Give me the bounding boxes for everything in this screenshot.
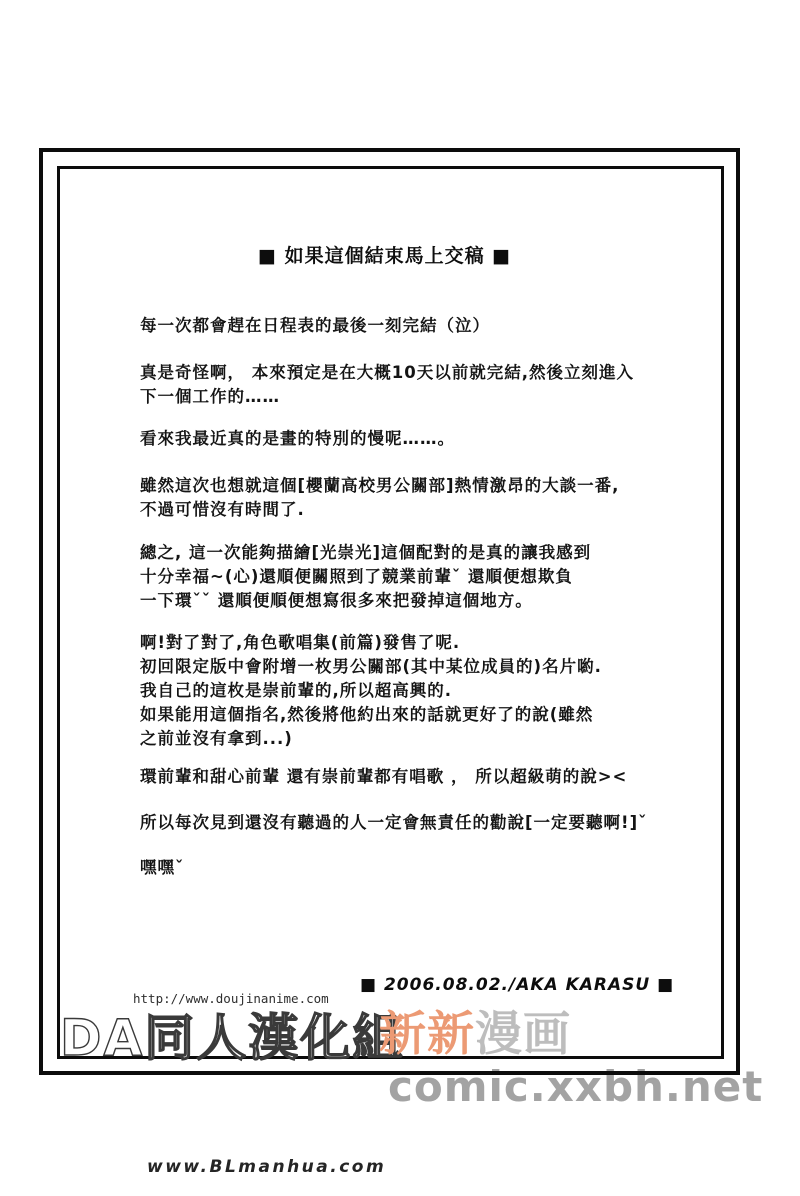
site-url-watermark: comic.xxbh.net — [388, 1062, 763, 1111]
afterword-paragraph: 看來我最近真的是畫的特別的慢呢……。 — [140, 427, 716, 451]
afterword-paragraph: 雖然這次也想就這個[櫻蘭高校男公關部]熱情激昂的大談一番, 不過可惜沒有時間了. — [140, 474, 716, 522]
afterword-paragraph: 真是奇怪啊， 本來預定是在大概10天以前就完結,然後立刻進入 下一個工作的…… — [140, 361, 716, 409]
afterword-paragraph: 環前輩和甜心前輩 還有崇前輩都有唱歌 ， 所以超級萌的說>< — [140, 765, 716, 789]
date-credit-line: ■ 2006.08.02./AKA KARASU ■ — [360, 975, 674, 995]
footer-url: www.BLmanhua.com — [147, 1157, 386, 1177]
afterword-paragraph: 啊!對了對了,角色歌唱集(前篇)發售了呢. 初回限定版中會附增一枚男公關部(其中… — [140, 631, 716, 751]
afterword-paragraph: 所以每次見到還沒有聽過的人一定會無責任的勸說[一定要聽啊!]ˇ — [140, 811, 716, 835]
site-brand-gray-text: 漫画 — [475, 1007, 571, 1062]
afterword-paragraph: 每一次都會趕在日程表的最後一刻完結（泣） — [140, 314, 716, 338]
site-brand-red-text: 新新 — [379, 1007, 475, 1062]
scanlation-group-watermark: DA同人漢化組 — [60, 998, 404, 1070]
site-brand-watermark: 新新漫画 — [379, 1010, 571, 1060]
scanned-afterword-page: ■ 如果這個結束馬上交稿 ■ 每一次都會趕在日程表的最後一刻完結（泣） 真是奇怪… — [0, 0, 800, 1196]
afterword-paragraph: 嘿嘿ˇ — [140, 856, 716, 880]
afterword-title: ■ 如果這個結束馬上交稿 ■ — [258, 241, 511, 268]
afterword-paragraph: 總之, 這一次能夠描繪[光崇光]這個配對的是真的讓我感到 十分幸福~(心)還順便… — [140, 541, 716, 613]
